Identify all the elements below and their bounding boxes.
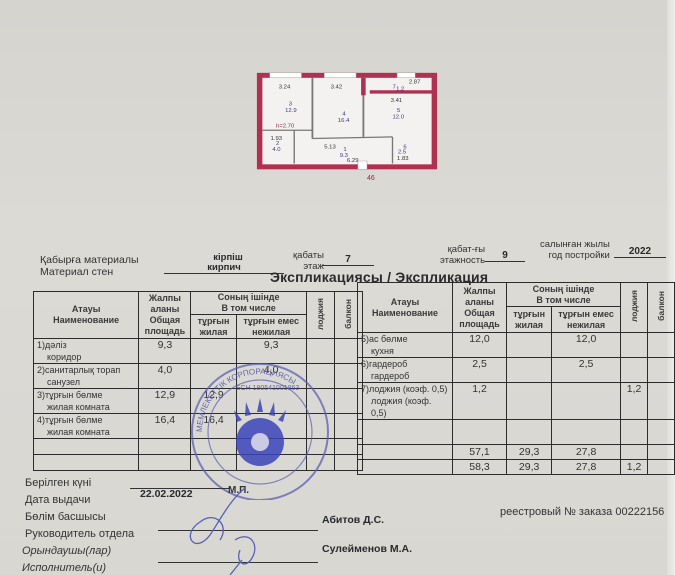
col-name: АтауыНаименование xyxy=(358,283,453,333)
table-row: 6)гардеробгардероб 2,5 2,5 xyxy=(358,358,675,383)
head-label: Бөлім басшысы Руководитель отдела xyxy=(25,509,134,543)
svg-text:12.9: 12.9 xyxy=(285,108,296,114)
svg-text:3.24: 3.24 xyxy=(279,85,290,91)
floors-value: 9 xyxy=(485,250,525,262)
svg-text:БСН 180541001863: БСН 180541001863 xyxy=(236,385,299,392)
col-balcony: балкон xyxy=(648,283,675,333)
col-nonliving: тұрғын емеснежилая xyxy=(552,307,621,333)
col-total: Жалпы аланыОбщая площадь xyxy=(139,292,191,339)
floor-plan: 3.24 3.42 2.87 7 1.2 3.41 3 12.9 4 16.4 … xyxy=(256,72,438,176)
executor-label: Орындаушы(лар) Исполнитель(и) xyxy=(22,543,111,575)
svg-text:3: 3 xyxy=(289,101,292,107)
svg-text:5.13: 5.13 xyxy=(324,145,335,151)
svg-text:1.83: 1.83 xyxy=(397,156,408,162)
svg-text:6.29: 6.29 xyxy=(347,158,358,164)
table-row: 5)ас бөлмекухня 12,0 12,0 xyxy=(358,333,675,358)
svg-text:2.87: 2.87 xyxy=(409,80,420,86)
table-header-row: АтауыНаименование Жалпы аланыОбщая площа… xyxy=(34,292,363,315)
signature-scribble-icon xyxy=(160,480,300,575)
svg-text:3.41: 3.41 xyxy=(391,98,402,104)
order-number: реестровый № заказа 00222156 xyxy=(500,506,664,518)
svg-text:4.0: 4.0 xyxy=(272,147,280,153)
svg-text:2: 2 xyxy=(276,141,279,147)
issue-date-label: Берілген күні Дата выдачи xyxy=(25,475,91,509)
col-nonliving: тұрғын емеснежилая xyxy=(236,315,306,339)
svg-text:16.4: 16.4 xyxy=(338,118,349,124)
explication-table-right: АтауыНаименование Жалпы аланыОбщая площа… xyxy=(357,282,675,475)
col-total: Жалпы аланыОбщая площадь xyxy=(452,283,506,333)
floors-label: қабат-ғы этажность xyxy=(440,244,485,266)
head-name: Абитов Д.С. xyxy=(322,514,384,526)
table-row: 7)лоджия (коэф. 0,5)лоджия (коэф. 0,5) 1… xyxy=(358,383,675,420)
col-loggia: лоджия xyxy=(306,292,334,339)
official-stamp: МЕМЛЕКЕТТІК КОРПОРАЦИЯСЫ БСН 18054100186… xyxy=(180,350,340,500)
svg-text:4: 4 xyxy=(342,111,345,117)
col-name: АтауыНаименование xyxy=(34,292,139,339)
svg-text:12.0: 12.0 xyxy=(393,115,404,121)
col-including: Соның ішіндеВ том числе xyxy=(507,283,621,307)
svg-text:1: 1 xyxy=(343,147,346,153)
wall-material-value: кирпич xyxy=(164,262,284,274)
floor-value: 7 xyxy=(322,254,374,266)
svg-text:h=2.70: h=2.70 xyxy=(276,124,294,130)
svg-text:3.42: 3.42 xyxy=(331,85,342,91)
svg-text:1.2: 1.2 xyxy=(396,86,404,92)
col-living: тұрғынжилая xyxy=(191,315,236,339)
wall-material-label: Қабырға материалы Материал стен xyxy=(40,254,139,278)
executor-name: Сулейменов М.А. xyxy=(322,543,412,555)
year-value: 2022 xyxy=(614,246,666,258)
subtotal-row: 57,1 29,3 27,8 xyxy=(358,445,675,460)
col-including: Соның ішіндеВ том числе xyxy=(191,292,306,315)
grand-total-row: 58,3 29,3 27,8 1,2 xyxy=(358,460,675,475)
year-label: салынған жылы год постройки xyxy=(540,239,610,261)
plan-marker: 46 xyxy=(367,175,375,182)
col-loggia: лоджия xyxy=(620,283,647,333)
svg-text:5: 5 xyxy=(397,108,400,114)
col-living: тұрғынжилая xyxy=(507,307,552,333)
svg-text:2.5: 2.5 xyxy=(398,150,406,156)
